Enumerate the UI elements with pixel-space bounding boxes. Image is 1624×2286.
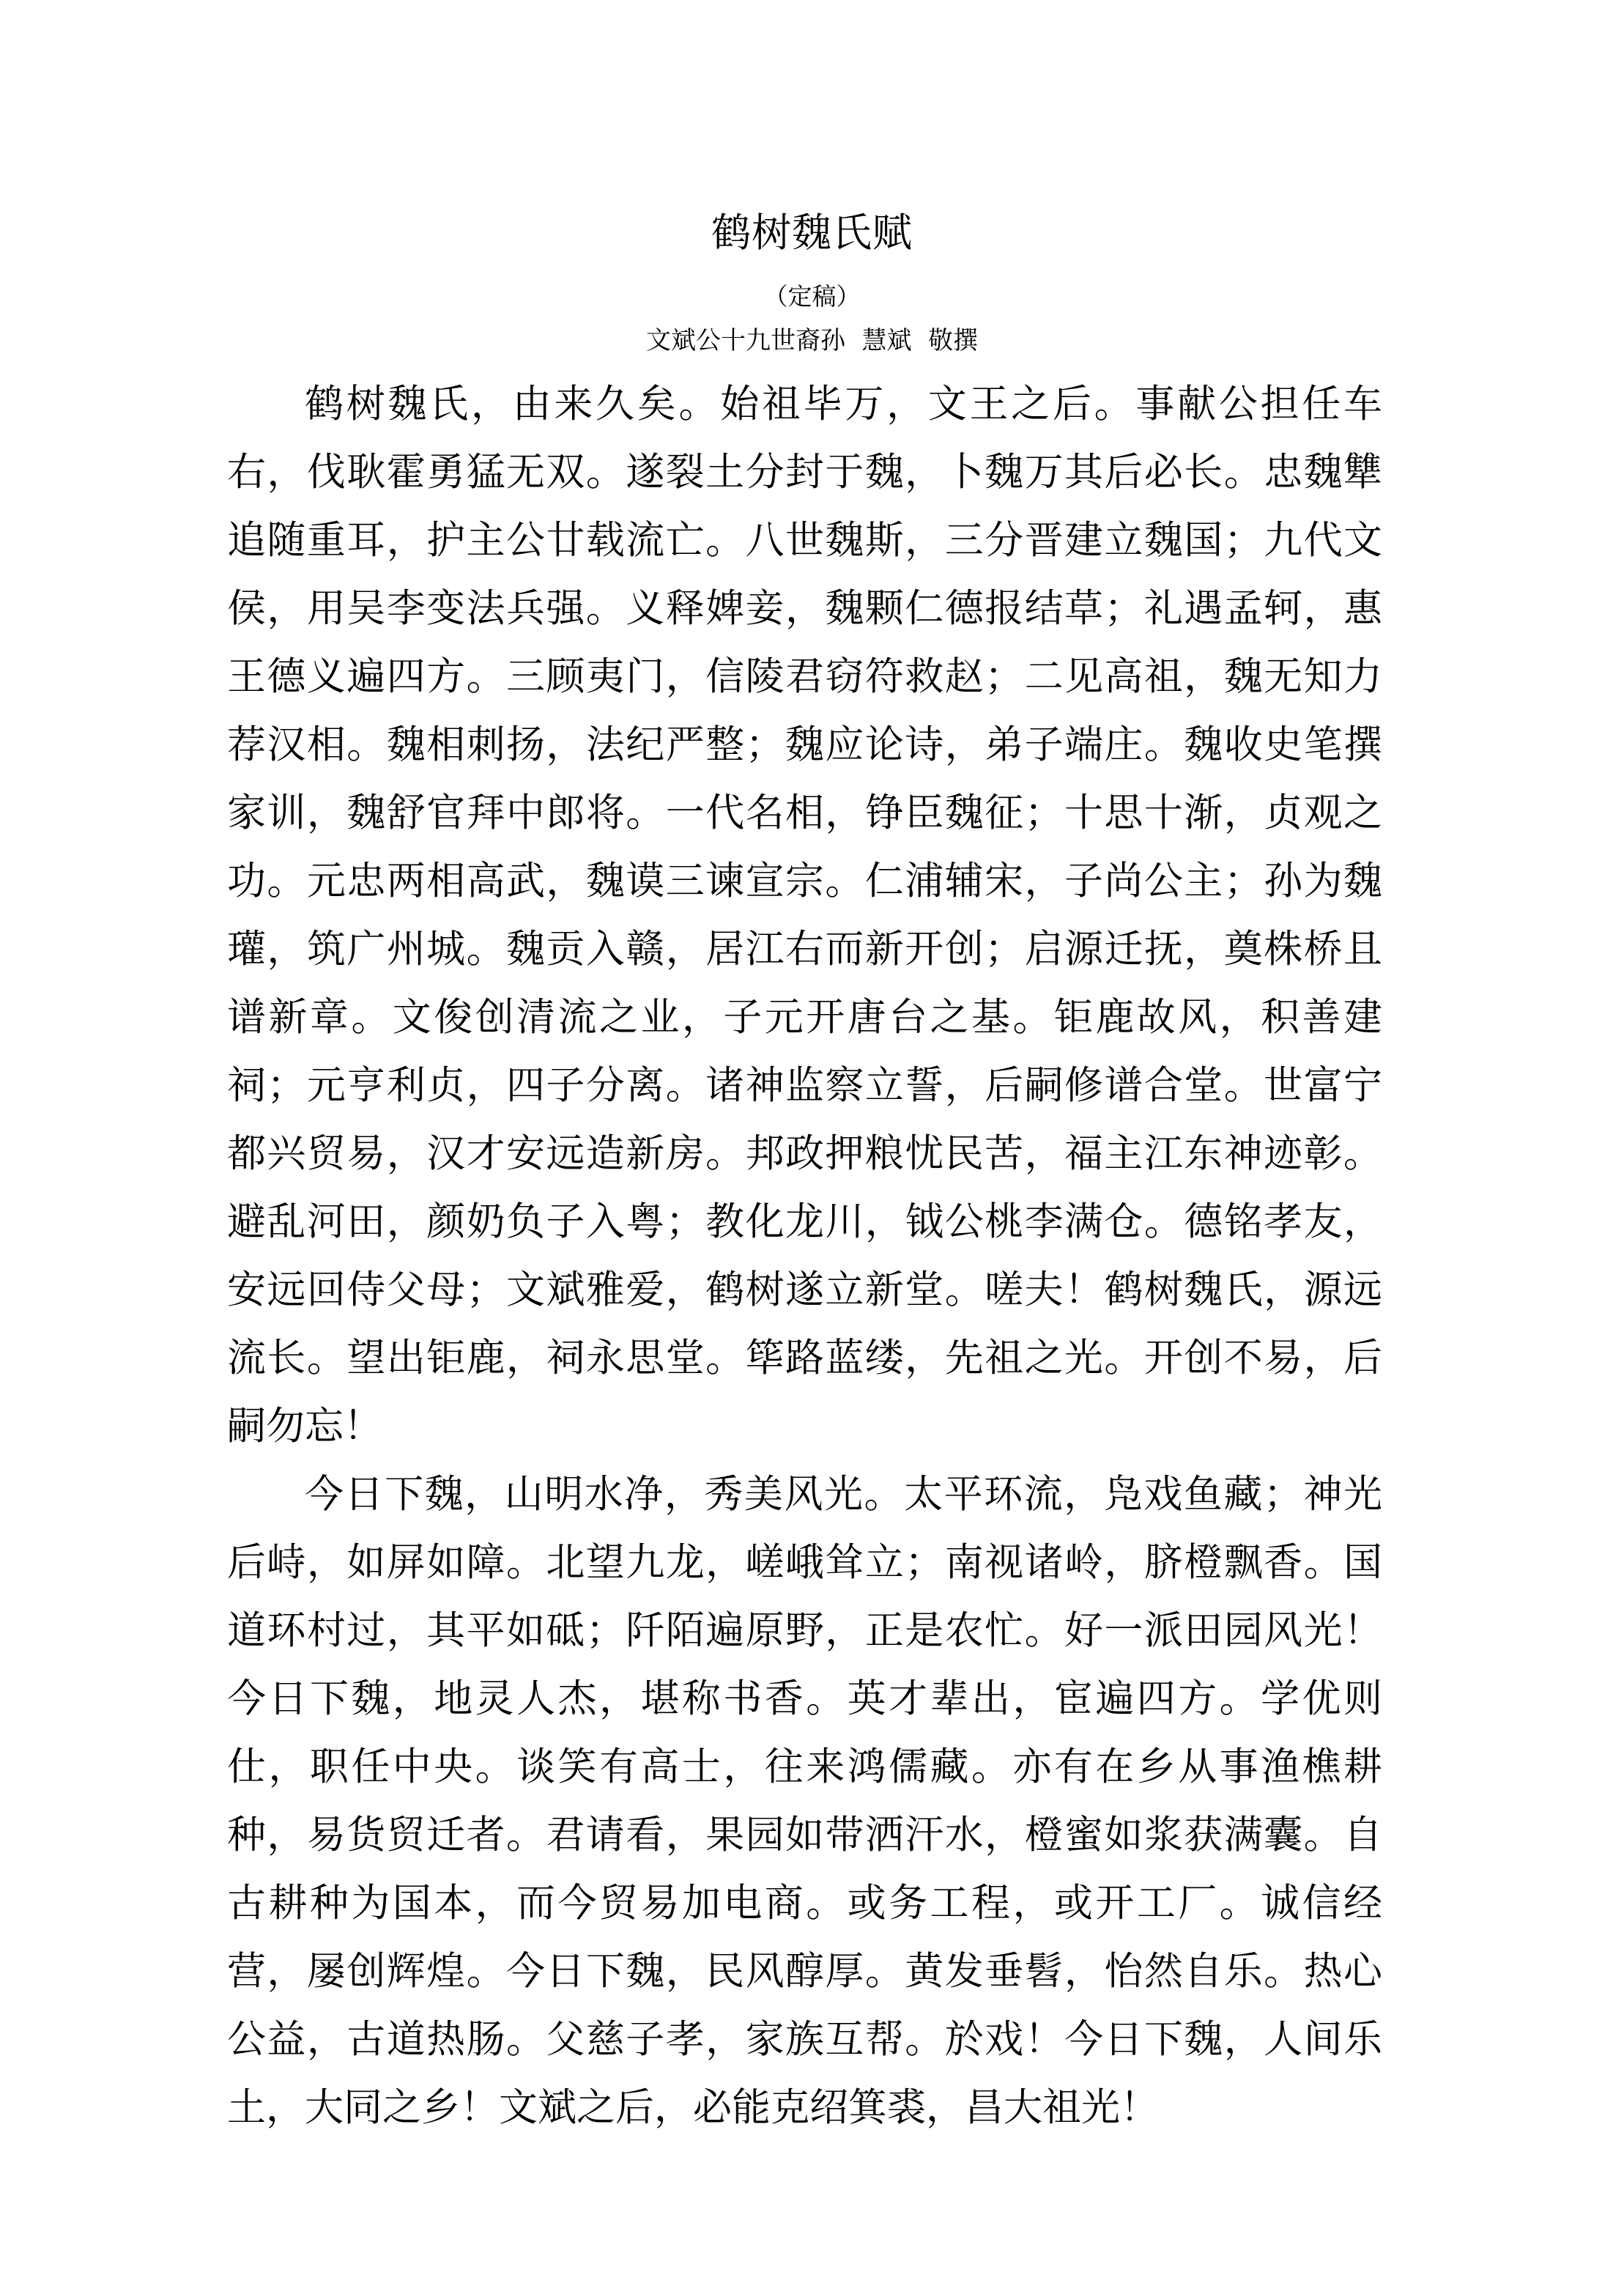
page-title: 鹤树魏氏赋 bbox=[0, 0, 1624, 255]
paragraph-origins: 鹤树魏氏，由来久矣。始祖毕万，文王之后。事献公担任车右，伐耿霍勇猛无双。遂裂土分… bbox=[227, 371, 1382, 1461]
document-byline: 文斌公十九世裔孙 慧斌 敬撰 bbox=[0, 328, 1624, 355]
document-page: 鹤树魏氏赋 （定稿） 文斌公十九世裔孙 慧斌 敬撰 鹤树魏氏，由来久矣。始祖毕万… bbox=[0, 0, 1624, 2286]
document-body: 鹤树魏氏，由来久矣。始祖毕万，文王之后。事献公担任车右，伐耿霍勇猛无双。遂裂土分… bbox=[227, 371, 1382, 2142]
document-subtitle: （定稿） bbox=[0, 284, 1624, 311]
paragraph-today: 今日下魏，山明水净，秀美风光。太平环流，凫戏鱼藏；神光后峙，如屏如障。北望九龙，… bbox=[227, 1461, 1382, 2142]
